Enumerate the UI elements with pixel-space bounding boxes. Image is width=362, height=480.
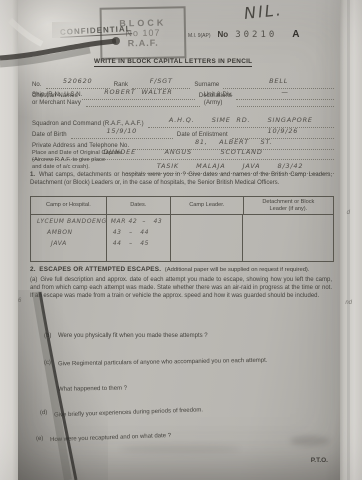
form-serial: M.I. 9(AP) No 30210 A (188, 29, 300, 40)
question-b-key: (b) (44, 333, 51, 339)
question-e-key: (e) (36, 436, 44, 442)
camp-entry-2: AMBON (47, 229, 73, 236)
pencil-smudge (120, 445, 240, 453)
serial-prefix: M.I. 9(AP) (188, 33, 211, 39)
camps-table: Camp or Hospital. Dates. Camp Leader. De… (30, 196, 334, 262)
unit-stamp-box: BLOCK No 107 R.A.F. (100, 6, 187, 59)
left-margin-mark: 6 (18, 298, 21, 304)
camp-column-entries: LYCEUM BANDOENG AMBON JAVA (31, 215, 107, 261)
col-detachment-leader: Detachment or Block Leader (if any). (244, 197, 333, 214)
col-camp-or-hospital: Camp or Hospital. (31, 197, 107, 214)
section1-number: 1. (30, 172, 35, 178)
unit-div-label: Unit & Div. (Army) (204, 92, 233, 107)
serial-suffix: A (292, 29, 299, 40)
block-capitals-instruction: WRITE IN BLOCK CAPITAL LETTERS IN PENCIL (94, 58, 252, 67)
ship-field (86, 98, 199, 107)
unit-stamp-line3: R.A.F. (128, 38, 159, 49)
stamp-fade (52, 22, 100, 38)
question-d-key: (d) (40, 410, 48, 416)
unit-stamp-line2: No 107 (125, 28, 160, 39)
dates-entry-1: MAR 42 – 43 (111, 218, 163, 225)
pencil-smudge (290, 436, 330, 446)
question-a: (a)Give full description and approx. dat… (30, 277, 332, 300)
page-edge (347, 0, 350, 480)
dates-column-entries: MAR 42 – 43 43 – 44 44 – 45 (107, 215, 171, 261)
camp-entry-3: JAVA (51, 240, 67, 247)
serial-number-stamp: 30210 (235, 30, 277, 40)
row-ship-unit: Ship (R.N., U.S.N. or Merchant Navy Unit… (32, 92, 334, 107)
nil-annotation: NIL. (243, 0, 283, 23)
right-margin-mark-bottom: nd (345, 300, 352, 306)
dates-entry-3: 44 – 45 (113, 240, 149, 247)
unit-div-field (237, 98, 334, 107)
question-b: Were you physically fit when you made th… (58, 333, 318, 339)
section2-note: (Additional paper will be supplied on re… (165, 267, 310, 273)
dates-entry-2: 43 – 44 (113, 229, 149, 236)
serial-no-label: No (218, 30, 229, 39)
section2-number: 2. (30, 266, 36, 273)
camps-table-body: LYCEUM BANDOENG AMBON JAVA MAR 42 – 43 4… (31, 215, 333, 261)
right-margin-mark-top: d (347, 210, 350, 216)
photo-of-document: CONFIDENTIAL BLOCK No 107 R.A.F. M.I. 9(… (0, 0, 362, 480)
camp-entry-1: LYCEUM BANDOENG (37, 218, 107, 225)
row-capture: Place and Date of Original Capture (Airc… (32, 150, 334, 174)
section2-heading: 2. ESCAPES OR ATTEMPTED ESCAPES. (Additi… (30, 266, 309, 273)
question-c-key: (c) (44, 360, 51, 366)
corner-shadow (18, 290, 108, 480)
block-leader-column (243, 215, 333, 261)
pto-note: P.T.O. (311, 457, 328, 464)
col-dates: Dates. (107, 197, 171, 214)
section1-question: 1.What camps, detachments or hospitals w… (30, 172, 332, 188)
section2-title: ESCAPES OR ATTEMPTED ESCAPES. (39, 266, 161, 273)
col-camp-leader: Camp Leader. (171, 197, 244, 214)
camp-leader-column (171, 215, 244, 261)
camps-table-header: Camp or Hospital. Dates. Camp Leader. De… (31, 197, 333, 215)
capture-label: Place and Date of Original Capture (Airc… (32, 150, 122, 171)
question-a-key: (a) (30, 277, 37, 283)
ship-label: Ship (R.N., U.S.N. or Merchant Navy (32, 92, 82, 107)
